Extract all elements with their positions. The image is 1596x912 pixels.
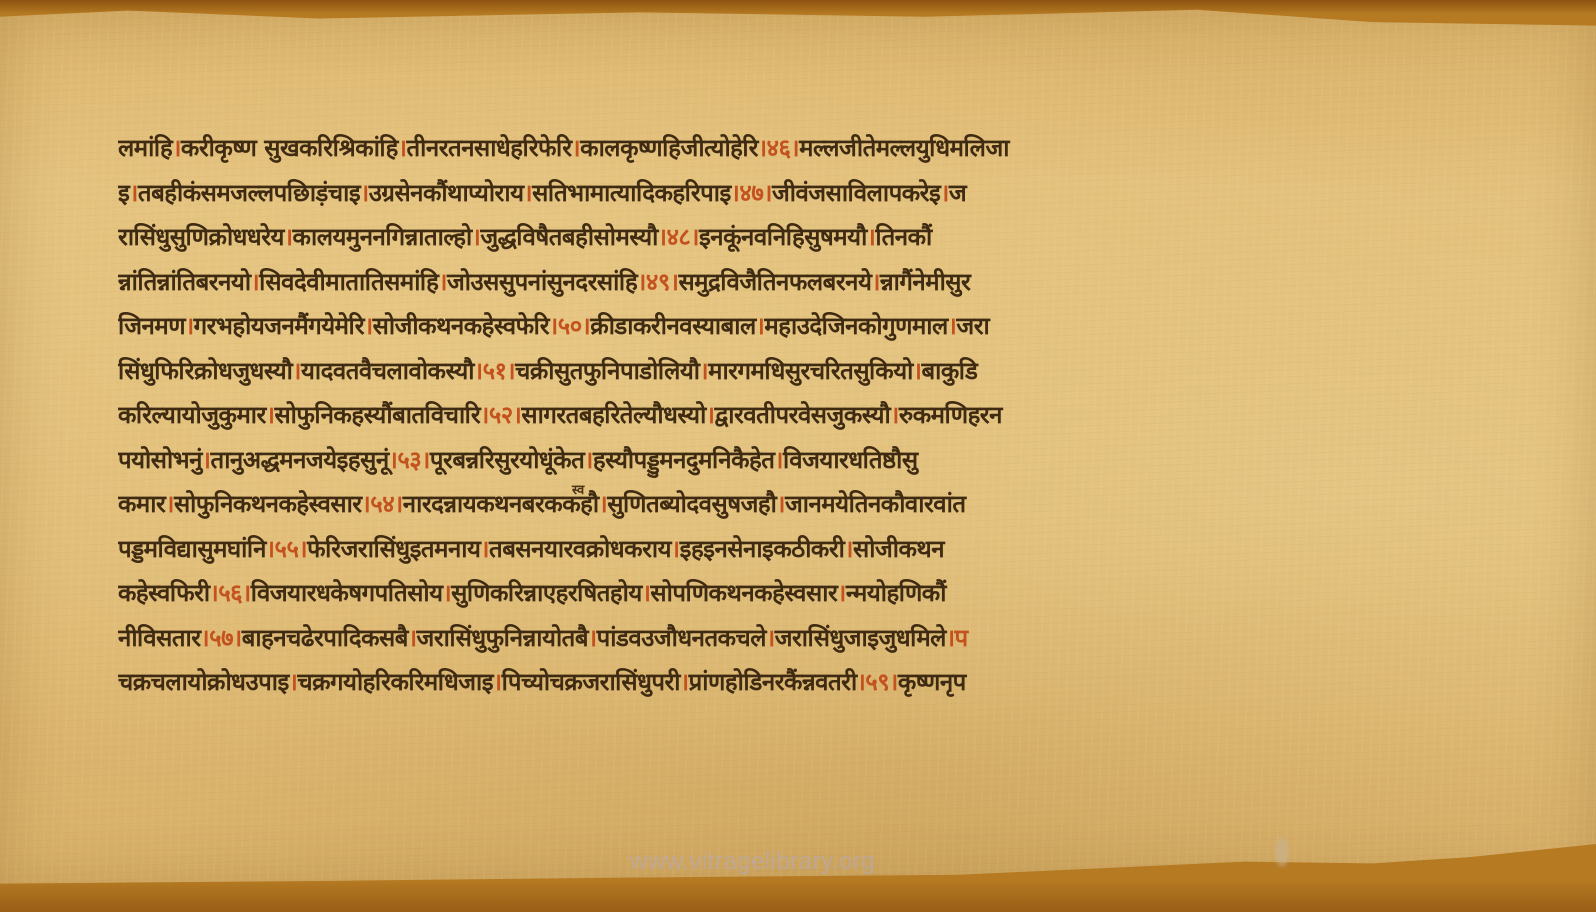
- red-ink-verse-marker: ।५४।: [362, 490, 403, 518]
- manuscript-line: पड्डमविद्यासुमघांनि।५५।फेरिजरासिंधुइतमना…: [118, 527, 1418, 572]
- black-ink-text: जिनमण: [118, 312, 185, 340]
- black-ink-text: पांडवउजौधनतकचले: [597, 624, 766, 652]
- red-ink-verse-marker: ।५६।: [210, 579, 251, 607]
- black-ink-text: महाउदेजिनकोगुणमाल: [764, 312, 947, 340]
- black-ink-text: कालकृष्णहिजीत्योहेरि: [580, 134, 758, 162]
- red-ink-verse-marker: ।५०।: [549, 312, 590, 340]
- black-ink-text: हस्यौपड्डुमनदुमनिकैहेत: [593, 446, 775, 474]
- manuscript-text: लमांहि।करीकृष्ण सुखकरिश्रिकांहि।तीनरतनसा…: [118, 126, 1418, 705]
- red-ink-verse-marker: ।: [129, 179, 138, 207]
- red-ink-verse-marker: ।प: [946, 624, 968, 652]
- black-ink-text: रासिंधुसुणिक्रोधधरेय: [118, 223, 284, 251]
- red-ink-verse-marker: ।५५।: [266, 535, 307, 563]
- black-ink-text: तानुअद्धमनजयेइहसुनूं: [211, 446, 389, 474]
- black-ink-text: बाकुडि: [921, 357, 977, 385]
- ink-smudge: [1276, 838, 1288, 866]
- red-ink-verse-marker: ।: [408, 624, 417, 652]
- black-ink-text: प्रांणहोडिनरकैंन्नवतरी: [689, 668, 857, 696]
- red-ink-verse-marker: ।५१।: [474, 357, 515, 385]
- black-ink-text: पूरबन्नरिसुरयोधूंकेत: [430, 446, 584, 474]
- black-ink-text: फेरिजरासिंधुइतमनाय: [307, 535, 480, 563]
- black-ink-text: सतिभामात्यादिकहरिपाइ: [532, 179, 731, 207]
- black-ink-text: कहेस्वफिरी: [118, 579, 210, 607]
- black-ink-text: न्नांतिन्नांतिबरनयो: [118, 268, 251, 296]
- manuscript-line: चक्रचलायोक्रोधउपाइ।चक्रगयोहरिकरिमधिजाइ।प…: [118, 660, 1418, 705]
- black-ink-text: कृष्णनृप: [898, 668, 966, 696]
- black-ink-text: इनकूंनवनिहिसुषमयौ: [699, 223, 867, 251]
- red-ink-verse-marker: ।४८।: [658, 223, 699, 251]
- black-ink-text: सुणितब्योदवसुषजहौ: [607, 490, 776, 518]
- red-ink-verse-marker: ।: [871, 268, 880, 296]
- black-ink-text: तीनरतनसाधेहरिफेरि: [407, 134, 572, 162]
- black-ink-text: ज: [949, 179, 966, 207]
- black-ink-text: इहइनसेनाइकठीकरी: [680, 535, 845, 563]
- red-ink-verse-marker: ।: [844, 535, 853, 563]
- black-ink-text: चक्रगयोहरिकरिमधिजाइ: [297, 668, 493, 696]
- black-ink-text: न्मयोहणिकौं: [846, 579, 946, 607]
- manuscript-line: करिल्यायोजुकुमार।सोफुनिकहस्यौंबातविचारि।…: [118, 393, 1418, 438]
- black-ink-text: समुद्रविजैतिनफलबरनये: [678, 268, 871, 296]
- red-ink-verse-marker: ।: [890, 401, 899, 429]
- red-ink-verse-marker: ।: [165, 490, 174, 518]
- black-ink-text: सुणिकरिन्नाएहरषितहोय: [451, 579, 642, 607]
- red-ink-verse-marker: ।: [438, 268, 447, 296]
- black-ink-text: जरा: [956, 312, 989, 340]
- red-ink-verse-marker: ।५३।: [389, 446, 430, 474]
- watermark: www.vitragelibrary.org: [630, 848, 875, 876]
- red-ink-verse-marker: ।: [284, 223, 293, 251]
- black-ink-text: चक्रचलायोक्रोधउपाइ: [118, 668, 289, 696]
- black-ink-text: तबसनयारवक्रोधकराय: [489, 535, 671, 563]
- black-ink-text: सागरतबहरितेल्यौधस्यो: [521, 401, 705, 429]
- black-ink-text: नीविसतार: [118, 624, 201, 652]
- black-ink-text: क्रीडाकरीनवस्याबाल: [590, 312, 756, 340]
- red-ink-verse-marker: ।: [172, 134, 181, 162]
- red-ink-verse-marker: ।: [493, 668, 502, 696]
- red-ink-verse-marker: ।: [480, 535, 489, 563]
- red-ink-verse-marker: ।: [443, 579, 452, 607]
- black-ink-text: करिल्यायोजुकुमार: [118, 401, 266, 429]
- red-ink-verse-marker: ।: [202, 446, 211, 474]
- red-ink-verse-marker: ।५७।: [201, 624, 242, 652]
- black-ink-text: लमांहि: [118, 134, 172, 162]
- interlinear-correction: स्व: [572, 480, 584, 498]
- black-ink-text: इ: [118, 179, 129, 207]
- black-ink-text: मारगमधिसुरचरितसुकियो: [708, 357, 913, 385]
- black-ink-text: सोजीकथन: [853, 535, 944, 563]
- black-ink-text: सोपणिकथनकहेस्वसार: [650, 579, 837, 607]
- black-ink-text: सोफुनिकथनकहेस्वसार: [174, 490, 362, 518]
- red-ink-verse-marker: ।: [292, 357, 301, 385]
- black-ink-text: रुकमणिहरन: [899, 401, 1002, 429]
- black-ink-text: पड्डमविद्यासुमघांनि: [118, 535, 266, 563]
- black-ink-text: न्नागैंनेमीसुर: [880, 268, 970, 296]
- red-ink-verse-marker: ।: [671, 535, 680, 563]
- black-ink-text: तिनकौं: [875, 223, 931, 251]
- red-ink-verse-marker: ।: [572, 134, 581, 162]
- red-ink-verse-marker: ।: [360, 179, 369, 207]
- manuscript-line: कमार।सोफुनिकथनकहेस्वसार।५४।नारदन्नायकथनब…: [118, 482, 1418, 527]
- black-ink-text: विजयारधकेषगपतिसोय: [251, 579, 443, 607]
- black-ink-text: जुद्धविषैतबहीसोमस्यौ: [480, 223, 658, 251]
- black-ink-text: कमार: [118, 490, 165, 518]
- black-ink-text: बाहनचढेरपादिकसबै: [242, 624, 408, 652]
- red-ink-verse-marker: ।: [774, 446, 783, 474]
- black-ink-text: यादवतवैचलावोकस्यौ: [301, 357, 474, 385]
- red-ink-verse-marker: ।४९।: [637, 268, 678, 296]
- black-ink-text: सोजीकथनकहेस्वफेरि: [373, 312, 549, 340]
- black-ink-text: जरासिंधुफुनिन्नायोतबै: [417, 624, 589, 652]
- black-ink-text: विजयारधतिष्ठौसु: [783, 446, 918, 474]
- manuscript-line: नीविसतार।५७।बाहनचढेरपादिकसबै।जरासिंधुफुन…: [118, 616, 1418, 661]
- red-ink-verse-marker: ।: [398, 134, 407, 162]
- manuscript-line: इ।तबहीकंसमजल्लपछिाड़ंचाइ।उग्रसेनकौंथाप्य…: [118, 171, 1418, 216]
- black-ink-text: नारदन्नायकथनबरककहौ: [403, 490, 599, 518]
- red-ink-verse-marker: ।: [364, 312, 373, 340]
- red-ink-verse-marker: ।: [766, 624, 775, 652]
- manuscript-line: सिंधुफिरिक्रोधजुधस्यौ।यादवतवैचलावोकस्यौ।…: [118, 349, 1418, 394]
- red-ink-verse-marker: ।५२।: [480, 401, 521, 429]
- red-ink-verse-marker: ।: [251, 268, 260, 296]
- red-ink-verse-marker: ।: [776, 490, 785, 518]
- red-ink-verse-marker: ।: [524, 179, 533, 207]
- manuscript-line: पयोसोभनुं।तानुअद्धमनजयेइहसुनूं।५३।पूरबन्…: [118, 438, 1418, 483]
- manuscript-line: कहेस्वफिरी।५६।विजयारधकेषगपतिसोय।सुणिकरिन…: [118, 571, 1418, 616]
- black-ink-text: गरभहोयजनमैंगयेमेरि: [194, 312, 364, 340]
- black-ink-text: करीकृष्ण सुखकरिश्रिकांहि: [181, 134, 398, 162]
- red-ink-verse-marker: ।४७।: [731, 179, 772, 207]
- black-ink-text: जोउससुपनांसुनदरसांहि: [447, 268, 637, 296]
- manuscript-line: लमांहि।करीकृष्ण सुखकरिश्रिकांहि।तीनरतनसा…: [118, 126, 1418, 171]
- manuscript-line: रासिंधुसुणिक्रोधधरेय।कालयमुननगिन्नाताल्ह…: [118, 215, 1418, 260]
- black-ink-text: पिच्योचक्रजरासिंधुपरी: [502, 668, 680, 696]
- black-ink-text: कालयमुननगिन्नाताल्हो: [293, 223, 472, 251]
- red-ink-verse-marker: ।: [584, 446, 593, 474]
- black-ink-text: पयोसोभनुं: [118, 446, 202, 474]
- black-ink-text: चक्रीसुतफुनिपाडोलियौ: [515, 357, 699, 385]
- red-ink-verse-marker: ।: [588, 624, 597, 652]
- black-ink-text: जानमयेतिनकौवारवांत: [785, 490, 966, 518]
- black-ink-text: सोफुनिकहस्यौंबातविचारि: [274, 401, 480, 429]
- manuscript-line: न्नांतिन्नांतिबरनयो।सिवदेवीमातातिसमांहि।…: [118, 260, 1418, 305]
- red-ink-verse-marker: ।: [837, 579, 846, 607]
- red-ink-verse-marker: ।: [185, 312, 194, 340]
- black-ink-text: जीवंजसाविलापकरेइ: [772, 179, 940, 207]
- red-ink-verse-marker: ।: [599, 490, 608, 518]
- red-ink-verse-marker: ।: [940, 179, 949, 207]
- black-ink-text: जरासिंधुजाइजुधमिले: [775, 624, 946, 652]
- black-ink-text: सिंधुफिरिक्रोधजुधस्यौ: [118, 357, 292, 385]
- black-ink-text: मल्लजीतेमल्लयुधिमलिजा: [799, 134, 1009, 162]
- black-ink-text: द्वारवतीपरवेसजुकस्यौ: [714, 401, 890, 429]
- manuscript-line: जिनमण।गरभहोयजनमैंगयेमेरि।सोजीकथनकहेस्वफे…: [118, 304, 1418, 349]
- black-ink-text: उग्रसेनकौंथाप्योराय: [369, 179, 524, 207]
- black-ink-text: सिवदेवीमातातिसमांहि: [259, 268, 438, 296]
- red-ink-verse-marker: ।: [680, 668, 689, 696]
- red-ink-verse-marker: ।: [700, 357, 709, 385]
- black-ink-text: तबहीकंसमजल्लपछिाड़ंचाइ: [138, 179, 360, 207]
- red-ink-verse-marker: ।५९।: [857, 668, 898, 696]
- red-ink-verse-marker: ।४६।: [758, 134, 799, 162]
